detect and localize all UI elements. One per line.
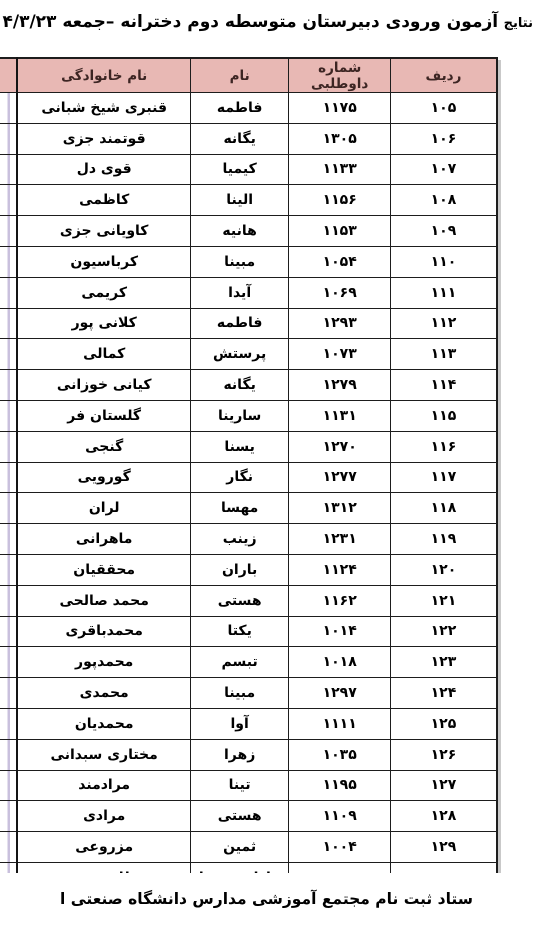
cell-first-name: زینب bbox=[190, 524, 289, 555]
cell-radif: ۱۱۰ bbox=[390, 246, 497, 277]
cell-last-name: محمدپور bbox=[17, 647, 190, 678]
cell-first-name: آوا bbox=[190, 708, 289, 739]
cell-candidate-number: ۱۲۹۷ bbox=[289, 678, 391, 709]
clipped-cell bbox=[0, 400, 17, 431]
table-row: ۱۰۶۱۳۰۵یگانهقوتمند جزی bbox=[0, 123, 497, 154]
cell-radif: ۱۰۹ bbox=[390, 216, 497, 247]
cell-first-name: هستی bbox=[190, 585, 289, 616]
cell-radif: ۱۲۲ bbox=[390, 616, 497, 647]
title-prefix: نتایج bbox=[504, 16, 533, 31]
cell-candidate-number: ۱۰۶۹ bbox=[289, 277, 391, 308]
cell-first-name: تبسم bbox=[190, 647, 289, 678]
title-main: آزمون ورودی دبیرستان متوسطه دوم دخترانه … bbox=[0, 12, 498, 32]
clipped-cell bbox=[0, 185, 17, 216]
cell-first-name: هستی bbox=[190, 801, 289, 832]
cell-candidate-number: ۱۳۰۵ bbox=[289, 123, 391, 154]
cell-radif: ۱۱۳ bbox=[390, 339, 497, 370]
cell-first-name: آیدا bbox=[190, 277, 289, 308]
table-row: ۱۱۲۱۲۹۳فاطمهکلانی پور bbox=[0, 308, 497, 339]
clipped-cell bbox=[0, 277, 17, 308]
col-header-first-name: نام bbox=[190, 58, 289, 93]
cell-candidate-number: ۱۰۱۸ bbox=[289, 647, 391, 678]
cell-candidate-number: ۱۲۳۷ bbox=[289, 862, 391, 873]
cell-last-name: گورویی bbox=[17, 462, 190, 493]
cell-first-name: الینا bbox=[190, 185, 289, 216]
cell-radif: ۱۱۷ bbox=[390, 462, 497, 493]
cell-radif: ۱۲۴ bbox=[390, 678, 497, 709]
cell-candidate-number: ۱۱۹۵ bbox=[289, 770, 391, 801]
clipped-cell bbox=[0, 862, 17, 873]
cell-first-name: یگانه bbox=[190, 123, 289, 154]
cell-last-name: قوی دل bbox=[17, 154, 190, 185]
cell-candidate-number: ۱۰۱۴ bbox=[289, 616, 391, 647]
cell-candidate-number: ۱۱۳۳ bbox=[289, 154, 391, 185]
cell-last-name: مختاری سبدانی bbox=[17, 739, 190, 770]
table-row: ۱۰۵۱۱۷۵فاطمهقنبری شیخ شبانی bbox=[0, 93, 497, 124]
cell-first-name: یکتا bbox=[190, 616, 289, 647]
cell-last-name: کمالی bbox=[17, 339, 190, 370]
clipped-cell bbox=[0, 493, 17, 524]
table-row: ۱۱۷۱۲۷۷نگارگورویی bbox=[0, 462, 497, 493]
table-row: ۱۲۹۱۰۰۴ثمینمزروعی bbox=[0, 832, 497, 863]
table-row: ۱۱۸۱۳۱۲مهسالران bbox=[0, 493, 497, 524]
cell-radif: ۱۱۵ bbox=[390, 400, 497, 431]
page-footer: ستاد ثبت نام مجتمع آموزشی مدارس دانشگاه … bbox=[0, 890, 533, 908]
table-row: ۱۱۳۱۰۷۳پرستشکمالی bbox=[0, 339, 497, 370]
cell-first-name: مبینا bbox=[190, 678, 289, 709]
cell-radif: ۱۲۵ bbox=[390, 708, 497, 739]
table-row: ۱۰۹۱۱۵۳هانیهکاویانی جزی bbox=[0, 216, 497, 247]
cell-last-name: قوتمند جزی bbox=[17, 123, 190, 154]
table-row: ۱۳۰۱۲۳۷فاطمه زهرامطلبی جزی bbox=[0, 862, 497, 873]
table-row: ۱۲۰۱۱۲۴بارانمحققیان bbox=[0, 554, 497, 585]
cell-radif: ۱۱۱ bbox=[390, 277, 497, 308]
cell-last-name: کلانی پور bbox=[17, 308, 190, 339]
table-row: ۱۲۱۱۱۶۲هستیمحمد صالحی bbox=[0, 585, 497, 616]
cell-last-name: کریمی bbox=[17, 277, 190, 308]
clipped-cell bbox=[0, 801, 17, 832]
table-row: ۱۱۵۱۱۳۱ساریناگلستان فر bbox=[0, 400, 497, 431]
clipped-cell bbox=[0, 308, 17, 339]
clipped-cell bbox=[0, 370, 17, 401]
table-row: ۱۱۴۱۲۷۹یگانهکیانی خوزانی bbox=[0, 370, 497, 401]
clipped-cell bbox=[0, 462, 17, 493]
cell-radif: ۱۳۰ bbox=[390, 862, 497, 873]
cell-candidate-number: ۱۱۷۵ bbox=[289, 93, 391, 124]
clipped-cell bbox=[0, 216, 17, 247]
cell-radif: ۱۰۶ bbox=[390, 123, 497, 154]
clipped-cell bbox=[0, 154, 17, 185]
clipped-cell bbox=[0, 739, 17, 770]
clipped-cell bbox=[0, 647, 17, 678]
cell-radif: ۱۱۹ bbox=[390, 524, 497, 555]
cell-first-name: تینا bbox=[190, 770, 289, 801]
table-row: ۱۰۸۱۱۵۶الیناکاظمی bbox=[0, 185, 497, 216]
cell-last-name: گلستان فر bbox=[17, 400, 190, 431]
results-table-container: ردیف شماره داوطلبی نام نام خانوادگی ۱۰۵۱… bbox=[0, 57, 533, 873]
col-header-candidate-number: شماره داوطلبی bbox=[289, 58, 391, 93]
cell-first-name: فاطمه bbox=[190, 93, 289, 124]
cell-last-name: محققیان bbox=[17, 554, 190, 585]
cell-last-name: کیانی خوزانی bbox=[17, 370, 190, 401]
cell-radif: ۱۰۵ bbox=[390, 93, 497, 124]
col-header-clipped bbox=[0, 58, 17, 93]
cell-radif: ۱۲۱ bbox=[390, 585, 497, 616]
cell-radif: ۱۱۲ bbox=[390, 308, 497, 339]
cell-last-name: محمدیان bbox=[17, 708, 190, 739]
clipped-cell bbox=[0, 832, 17, 863]
cell-candidate-number: ۱۱۱۱ bbox=[289, 708, 391, 739]
table-row: ۱۲۶۱۰۳۵زهرامختاری سبدانی bbox=[0, 739, 497, 770]
cell-radif: ۱۲۷ bbox=[390, 770, 497, 801]
cell-candidate-number: ۱۲۷۹ bbox=[289, 370, 391, 401]
cell-candidate-number: ۱۰۵۴ bbox=[289, 246, 391, 277]
cell-radif: ۱۱۸ bbox=[390, 493, 497, 524]
cell-first-name: سارینا bbox=[190, 400, 289, 431]
clipped-cell bbox=[0, 93, 17, 124]
cell-radif: ۱۲۳ bbox=[390, 647, 497, 678]
table-row: ۱۱۹۱۲۳۱زینبماهرانی bbox=[0, 524, 497, 555]
cell-first-name: پرستش bbox=[190, 339, 289, 370]
cell-radif: ۱۱۶ bbox=[390, 431, 497, 462]
clipped-cell bbox=[0, 431, 17, 462]
cell-candidate-number: ۱۱۶۲ bbox=[289, 585, 391, 616]
cell-candidate-number: ۱۰۳۵ bbox=[289, 739, 391, 770]
cell-radif: ۱۱۴ bbox=[390, 370, 497, 401]
cell-last-name: لران bbox=[17, 493, 190, 524]
cell-first-name: یگانه bbox=[190, 370, 289, 401]
cell-first-name: مهسا bbox=[190, 493, 289, 524]
table-row: ۱۱۰۱۰۵۴مبیناکرباسیون bbox=[0, 246, 497, 277]
table-row: ۱۲۳۱۰۱۸تبسممحمدپور bbox=[0, 647, 497, 678]
document-page: نتایج آزمون ورودی دبیرستان متوسطه دوم دخ… bbox=[0, 0, 533, 928]
clipped-cell bbox=[0, 678, 17, 709]
cell-first-name: ثمین bbox=[190, 832, 289, 863]
cell-last-name: ماهرانی bbox=[17, 524, 190, 555]
cell-radif: ۱۲۰ bbox=[390, 554, 497, 585]
cell-candidate-number: ۱۰۰۴ bbox=[289, 832, 391, 863]
cell-first-name: باران bbox=[190, 554, 289, 585]
results-table: ردیف شماره داوطلبی نام نام خانوادگی ۱۰۵۱… bbox=[0, 57, 498, 873]
cell-first-name: زهرا bbox=[190, 739, 289, 770]
cell-last-name: مرادمند bbox=[17, 770, 190, 801]
cell-candidate-number: ۱۲۹۳ bbox=[289, 308, 391, 339]
cell-radif: ۱۰۷ bbox=[390, 154, 497, 185]
cell-last-name: قنبری شیخ شبانی bbox=[17, 93, 190, 124]
table-row: ۱۲۸۱۱۰۹هستیمرادی bbox=[0, 801, 497, 832]
cell-last-name: محمدباقری bbox=[17, 616, 190, 647]
table-row: ۱۲۴۱۲۹۷مبینامحمدی bbox=[0, 678, 497, 709]
cell-candidate-number: ۱۲۳۱ bbox=[289, 524, 391, 555]
cell-first-name: هانیه bbox=[190, 216, 289, 247]
cell-candidate-number: ۱۰۷۳ bbox=[289, 339, 391, 370]
cell-candidate-number: ۱۱۳۱ bbox=[289, 400, 391, 431]
table-row: ۱۰۷۱۱۳۳کیمیاقوی دل bbox=[0, 154, 497, 185]
clipped-cell bbox=[0, 339, 17, 370]
table-body: ۱۰۵۱۱۷۵فاطمهقنبری شیخ شبانی۱۰۶۱۳۰۵یگانهق… bbox=[0, 93, 497, 874]
clipped-cell bbox=[0, 123, 17, 154]
cell-last-name: مزروعی bbox=[17, 832, 190, 863]
cell-last-name: محمد صالحی bbox=[17, 585, 190, 616]
cell-last-name: مرادی bbox=[17, 801, 190, 832]
cell-last-name: گنجی bbox=[17, 431, 190, 462]
cell-last-name: کاویانی جزی bbox=[17, 216, 190, 247]
cell-candidate-number: ۱۱۲۴ bbox=[289, 554, 391, 585]
clipped-cell bbox=[0, 585, 17, 616]
cell-first-name: فاطمه bbox=[190, 308, 289, 339]
header-row: ردیف شماره داوطلبی نام نام خانوادگی bbox=[0, 58, 497, 93]
col-header-last-name: نام خانوادگی bbox=[17, 58, 190, 93]
cell-candidate-number: ۱۲۷۰ bbox=[289, 431, 391, 462]
cell-last-name: کرباسیون bbox=[17, 246, 190, 277]
clipped-cell bbox=[0, 616, 17, 647]
cell-candidate-number: ۱۱۵۶ bbox=[289, 185, 391, 216]
table-row: ۱۲۵۱۱۱۱آوامحمدیان bbox=[0, 708, 497, 739]
cell-first-name: کیمیا bbox=[190, 154, 289, 185]
table-row: ۱۱۱۱۰۶۹آیداکریمی bbox=[0, 277, 497, 308]
cell-radif: ۱۰۸ bbox=[390, 185, 497, 216]
cell-first-name: یسنا bbox=[190, 431, 289, 462]
cell-radif: ۱۲۹ bbox=[390, 832, 497, 863]
cell-candidate-number: ۱۲۷۷ bbox=[289, 462, 391, 493]
clipped-cell bbox=[0, 246, 17, 277]
clipped-cell bbox=[0, 554, 17, 585]
table-row: ۱۲۷۱۱۹۵تینامرادمند bbox=[0, 770, 497, 801]
clipped-cell bbox=[0, 708, 17, 739]
clipped-cell bbox=[0, 770, 17, 801]
cell-last-name: مطلبی جزی bbox=[17, 862, 190, 873]
cell-last-name: کاظمی bbox=[17, 185, 190, 216]
cell-radif: ۱۲۶ bbox=[390, 739, 497, 770]
page-title: نتایج آزمون ورودی دبیرستان متوسطه دوم دخ… bbox=[0, 0, 533, 48]
cell-first-name: فاطمه زهرا bbox=[190, 862, 289, 873]
cell-last-name: محمدی bbox=[17, 678, 190, 709]
table-row: ۱۲۲۱۰۱۴یکتامحمدباقری bbox=[0, 616, 497, 647]
cell-first-name: نگار bbox=[190, 462, 289, 493]
clipped-cell bbox=[0, 524, 17, 555]
cell-first-name: مبینا bbox=[190, 246, 289, 277]
cell-candidate-number: ۱۱۵۳ bbox=[289, 216, 391, 247]
cell-radif: ۱۲۸ bbox=[390, 801, 497, 832]
table-row: ۱۱۶۱۲۷۰یسناگنجی bbox=[0, 431, 497, 462]
col-header-radif: ردیف bbox=[390, 58, 497, 93]
cell-candidate-number: ۱۳۱۲ bbox=[289, 493, 391, 524]
cell-candidate-number: ۱۱۰۹ bbox=[289, 801, 391, 832]
